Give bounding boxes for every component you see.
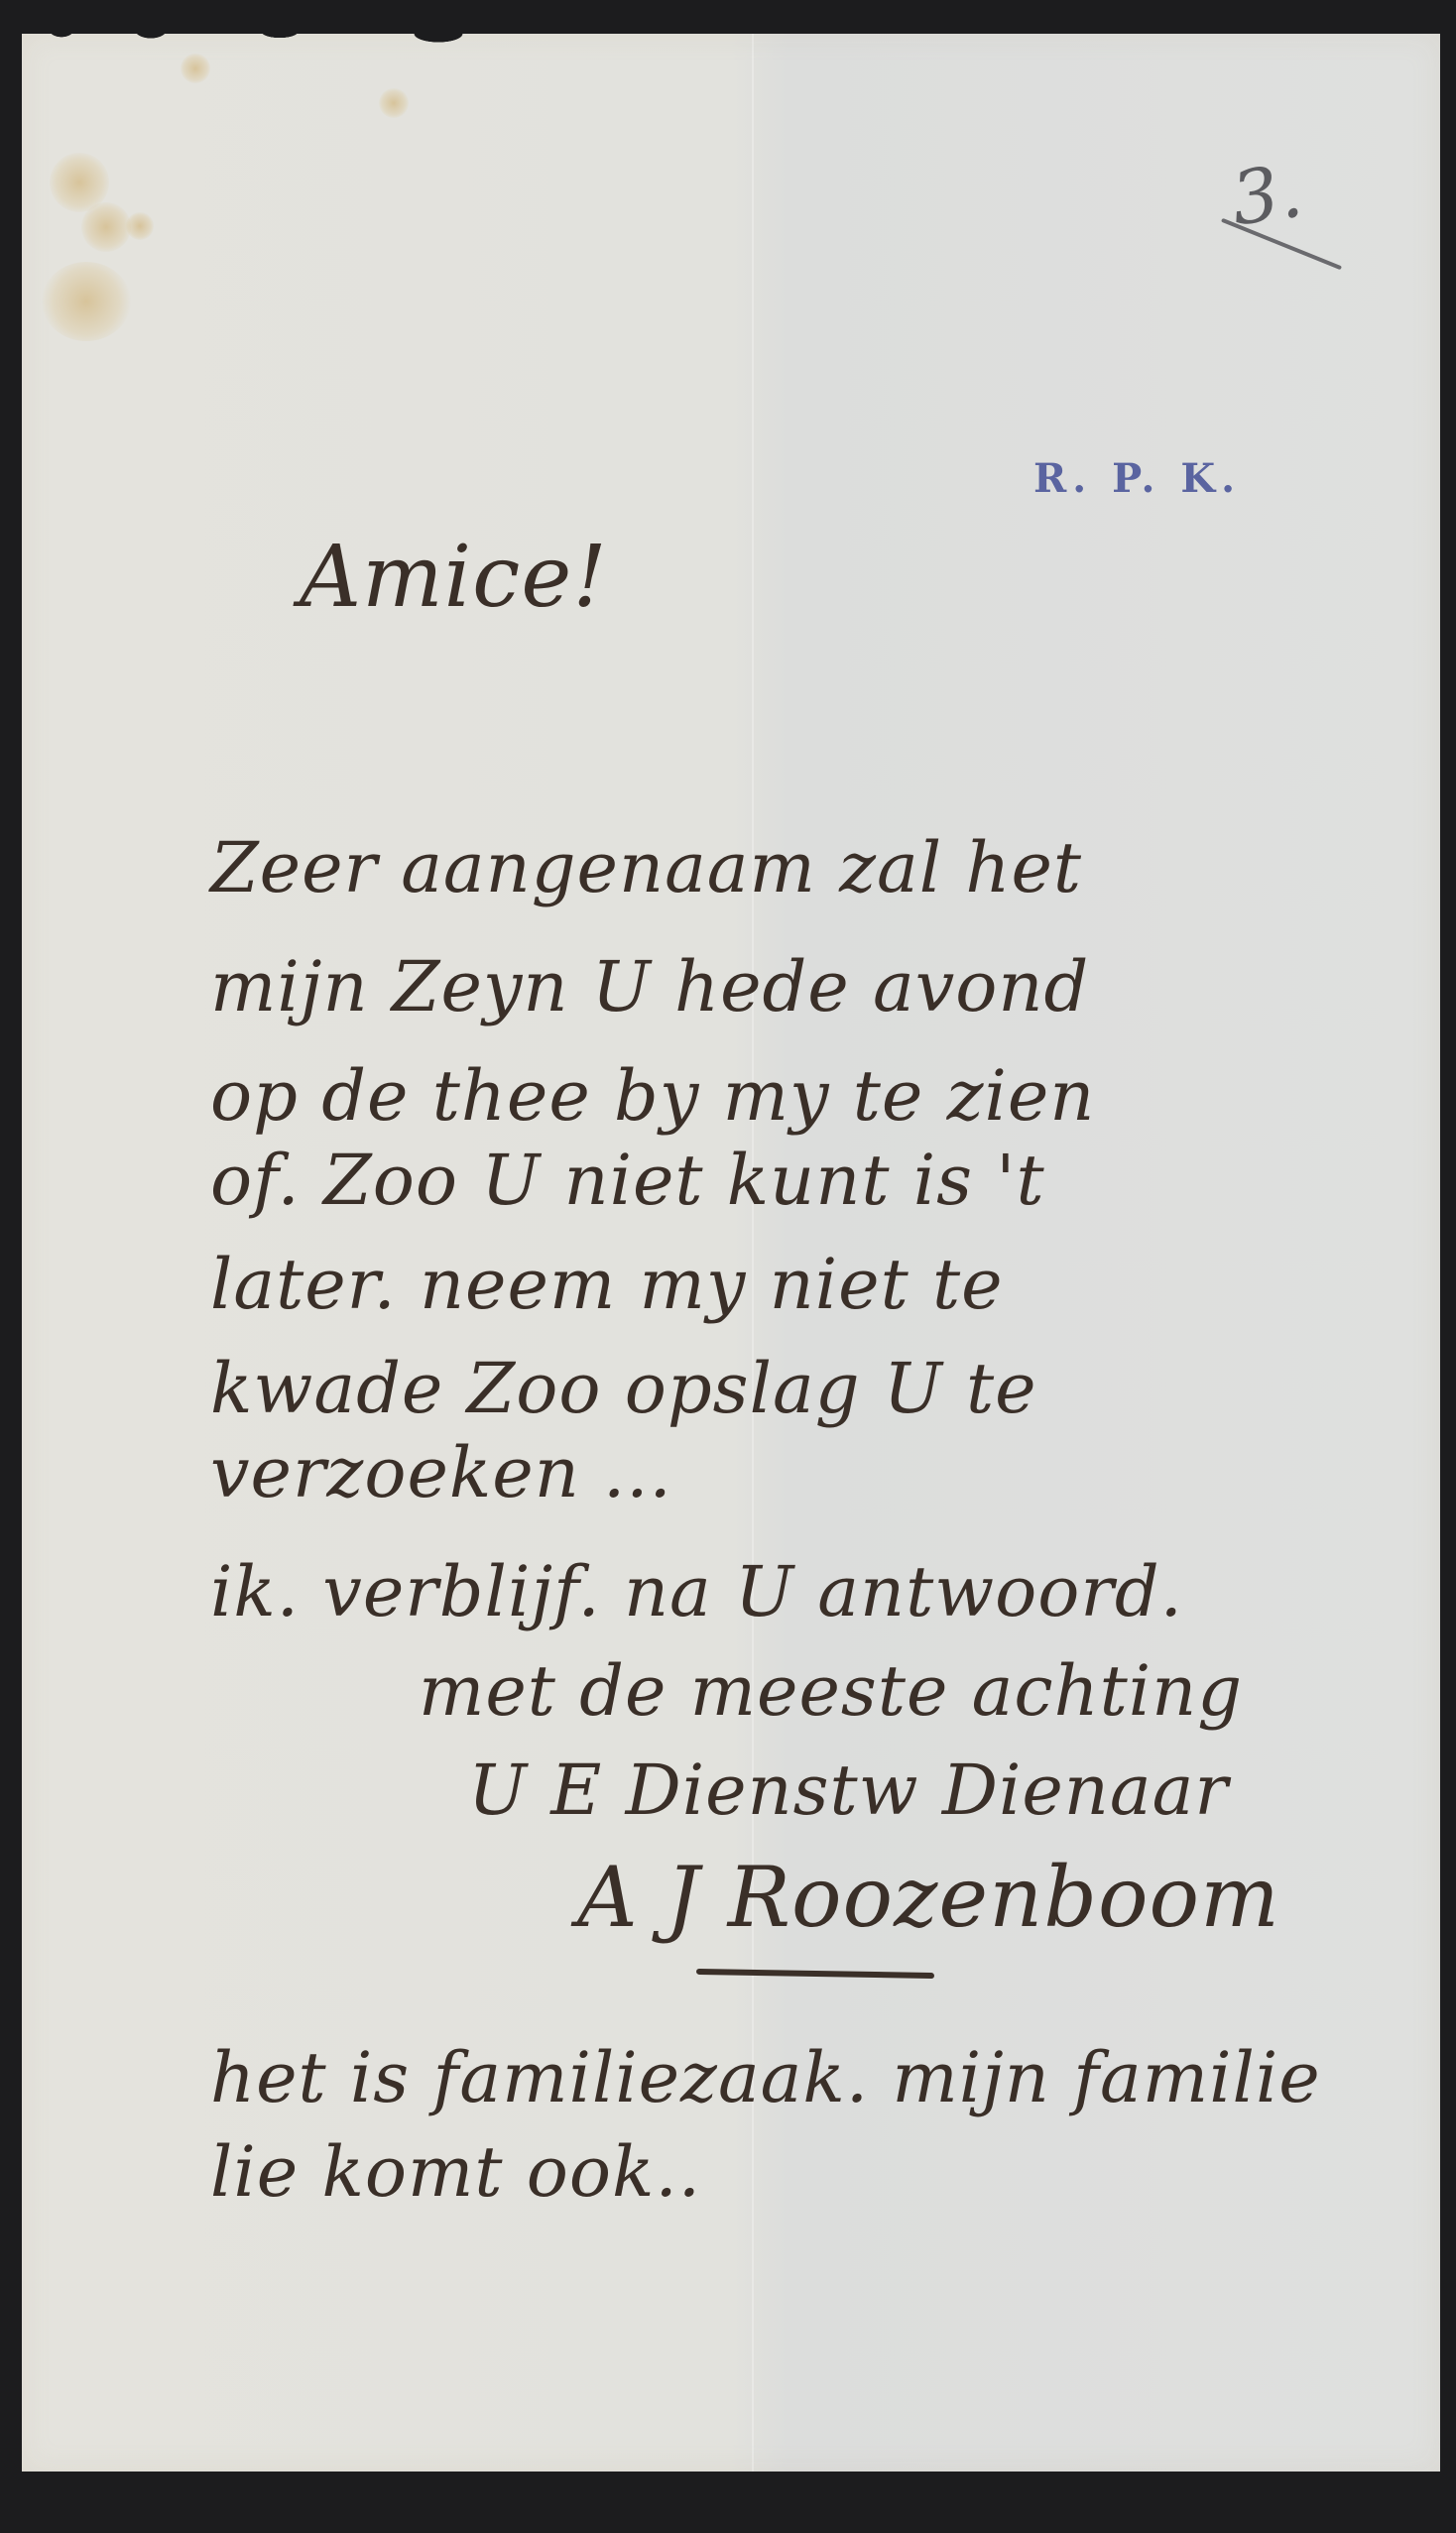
foxing-stain bbox=[81, 202, 131, 252]
body-line: verzoeken ... bbox=[210, 1432, 672, 1513]
postscript-line: lie komt ook.. bbox=[210, 2131, 701, 2213]
signature-underline bbox=[696, 1969, 934, 1979]
body-line: op de thee by my te zien bbox=[210, 1055, 1095, 1137]
signature: A J Roozenboom bbox=[577, 1849, 1280, 1946]
body-line: later. neem my niet te bbox=[210, 1244, 1004, 1325]
body-line: mijn Zeyn U hede avond bbox=[210, 946, 1089, 1027]
foxing-stain bbox=[379, 88, 409, 118]
closing-line: met de meeste achting bbox=[419, 1650, 1243, 1732]
foxing-stain bbox=[42, 262, 131, 341]
torn-edge bbox=[22, 30, 1440, 50]
postscript-line: het is familiezaak. mijn familie bbox=[210, 2037, 1321, 2118]
letter-page: 3. R. P. K. Amice! Zeer aangenaam zal he… bbox=[22, 34, 1440, 2472]
closing-line: ik. verblijf. na U antwoord. bbox=[210, 1551, 1183, 1632]
body-line: Zeer aangenaam zal het bbox=[210, 827, 1082, 908]
archive-stamp: R. P. K. bbox=[1033, 455, 1241, 502]
salutation: Amice! bbox=[300, 528, 608, 627]
foxing-stain bbox=[181, 54, 210, 83]
body-line: of. Zoo U niet kunt is 't bbox=[210, 1140, 1045, 1221]
foxing-stain bbox=[126, 212, 154, 240]
closing-formula: U E Dienstw Dienaar bbox=[468, 1749, 1229, 1831]
body-line: kwade Zoo opslag U te bbox=[210, 1348, 1037, 1429]
